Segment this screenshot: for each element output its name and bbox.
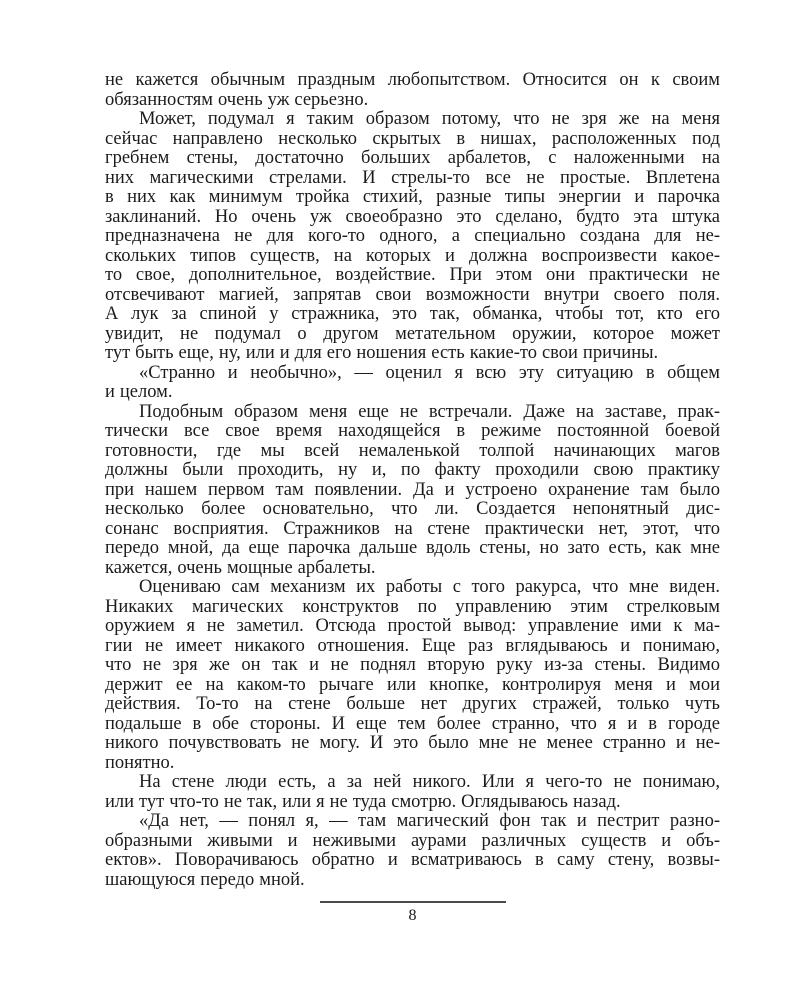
text-line: не кажется обычным праздным любопытством… xyxy=(105,71,720,91)
text-line: образными живыми и неживыми аурами разли… xyxy=(105,832,720,852)
page-text: не кажется обычным праздным любопытством… xyxy=(105,71,720,890)
text-line: тически все свое время находящейся в реж… xyxy=(105,422,720,442)
text-line: никого почувствовать не могу. И это было… xyxy=(105,734,720,754)
paragraph: Оцениваю сам механизм их работы с того р… xyxy=(105,578,720,773)
text-line: сонанс восприятия. Стражников на стене п… xyxy=(105,520,720,540)
text-line: обязанностям очень уж серьезно. xyxy=(105,91,720,111)
text-line: Может, подумал я таким образом потому, ч… xyxy=(105,110,720,130)
paragraph: Подобным образом меня еще не встречали. … xyxy=(105,403,720,579)
text-line: сейчас направлено несколько скрытых в ни… xyxy=(105,130,720,150)
book-page: не кажется обычным праздным любопытством… xyxy=(0,0,800,1000)
text-line: Оцениваю сам механизм их работы с того р… xyxy=(105,578,720,598)
text-line: гии не имеет никакого отношения. Еще раз… xyxy=(105,637,720,657)
text-line: в них как минимум тройка стихий, разные … xyxy=(105,188,720,208)
page-footer: 8 xyxy=(105,901,720,925)
text-line: «Странно и необычно», — оценил я всю эту… xyxy=(105,364,720,384)
text-line: и целом. xyxy=(105,383,720,403)
paragraph: не кажется обычным праздным любопытством… xyxy=(105,71,720,110)
text-line: что не зря же он так и не поднял вторую … xyxy=(105,656,720,676)
text-line: то свое, дополнительное, воздействие. Пр… xyxy=(105,266,720,286)
text-line: оружием я не заметил. Отсюда простой выв… xyxy=(105,617,720,637)
text-line: несколько более основательно, что ли. Со… xyxy=(105,500,720,520)
text-line: держит ее на каком-то рычаге или кнопке,… xyxy=(105,676,720,696)
text-line: увидит, не подумал о другом метательном … xyxy=(105,325,720,345)
text-line: готовности, где мы всей немаленькой толп… xyxy=(105,442,720,462)
text-line: или тут что-то не так, или я не туда смо… xyxy=(105,793,720,813)
text-line: «Да нет, — понял я, — там магический фон… xyxy=(105,812,720,832)
text-line: понятно. xyxy=(105,754,720,774)
text-line: Никаких магических конструктов по управл… xyxy=(105,598,720,618)
text-line: ектов». Поворачиваюсь обратно и всматрив… xyxy=(105,851,720,871)
page-number: 8 xyxy=(105,907,720,925)
text-line: них магическими стрелами. И стрелы-то вс… xyxy=(105,169,720,189)
text-line: На стене люди есть, а за ней никого. Или… xyxy=(105,773,720,793)
text-line: передо мной, да еще парочка дальше вдоль… xyxy=(105,539,720,559)
text-line: подальше в обе стороны. И еще тем более … xyxy=(105,715,720,735)
paragraph: «Странно и необычно», — оценил я всю эту… xyxy=(105,364,720,403)
text-line: действия. То-то на стене больше нет друг… xyxy=(105,695,720,715)
paragraph: На стене люди есть, а за ней никого. Или… xyxy=(105,773,720,812)
text-line: тут быть еще, ну, или и для его ношения … xyxy=(105,344,720,364)
text-line: должны были проходить, ну и, по факту пр… xyxy=(105,461,720,481)
text-line: предназначена не для кого-то одного, а с… xyxy=(105,227,720,247)
text-line: при нашем первом там появлении. Да и уст… xyxy=(105,481,720,501)
text-line: шающуюся передо мной. xyxy=(105,871,720,891)
text-line: гребнем стены, достаточно больших арбале… xyxy=(105,149,720,169)
text-line: заклинаний. Но очень уж своеобразно это … xyxy=(105,208,720,228)
paragraph: «Да нет, — понял я, — там магический фон… xyxy=(105,812,720,890)
text-line: А лук за спиной у стражника, это так, об… xyxy=(105,305,720,325)
text-line: кажется, очень мощные арбалеты. xyxy=(105,559,720,579)
footer-rule xyxy=(320,901,506,903)
text-line: Подобным образом меня еще не встречали. … xyxy=(105,403,720,423)
text-line: скольких типов существ, на которых и дол… xyxy=(105,247,720,267)
text-line: отсвечивают магией, запрятав свои возмож… xyxy=(105,286,720,306)
paragraph: Может, подумал я таким образом потому, ч… xyxy=(105,110,720,364)
